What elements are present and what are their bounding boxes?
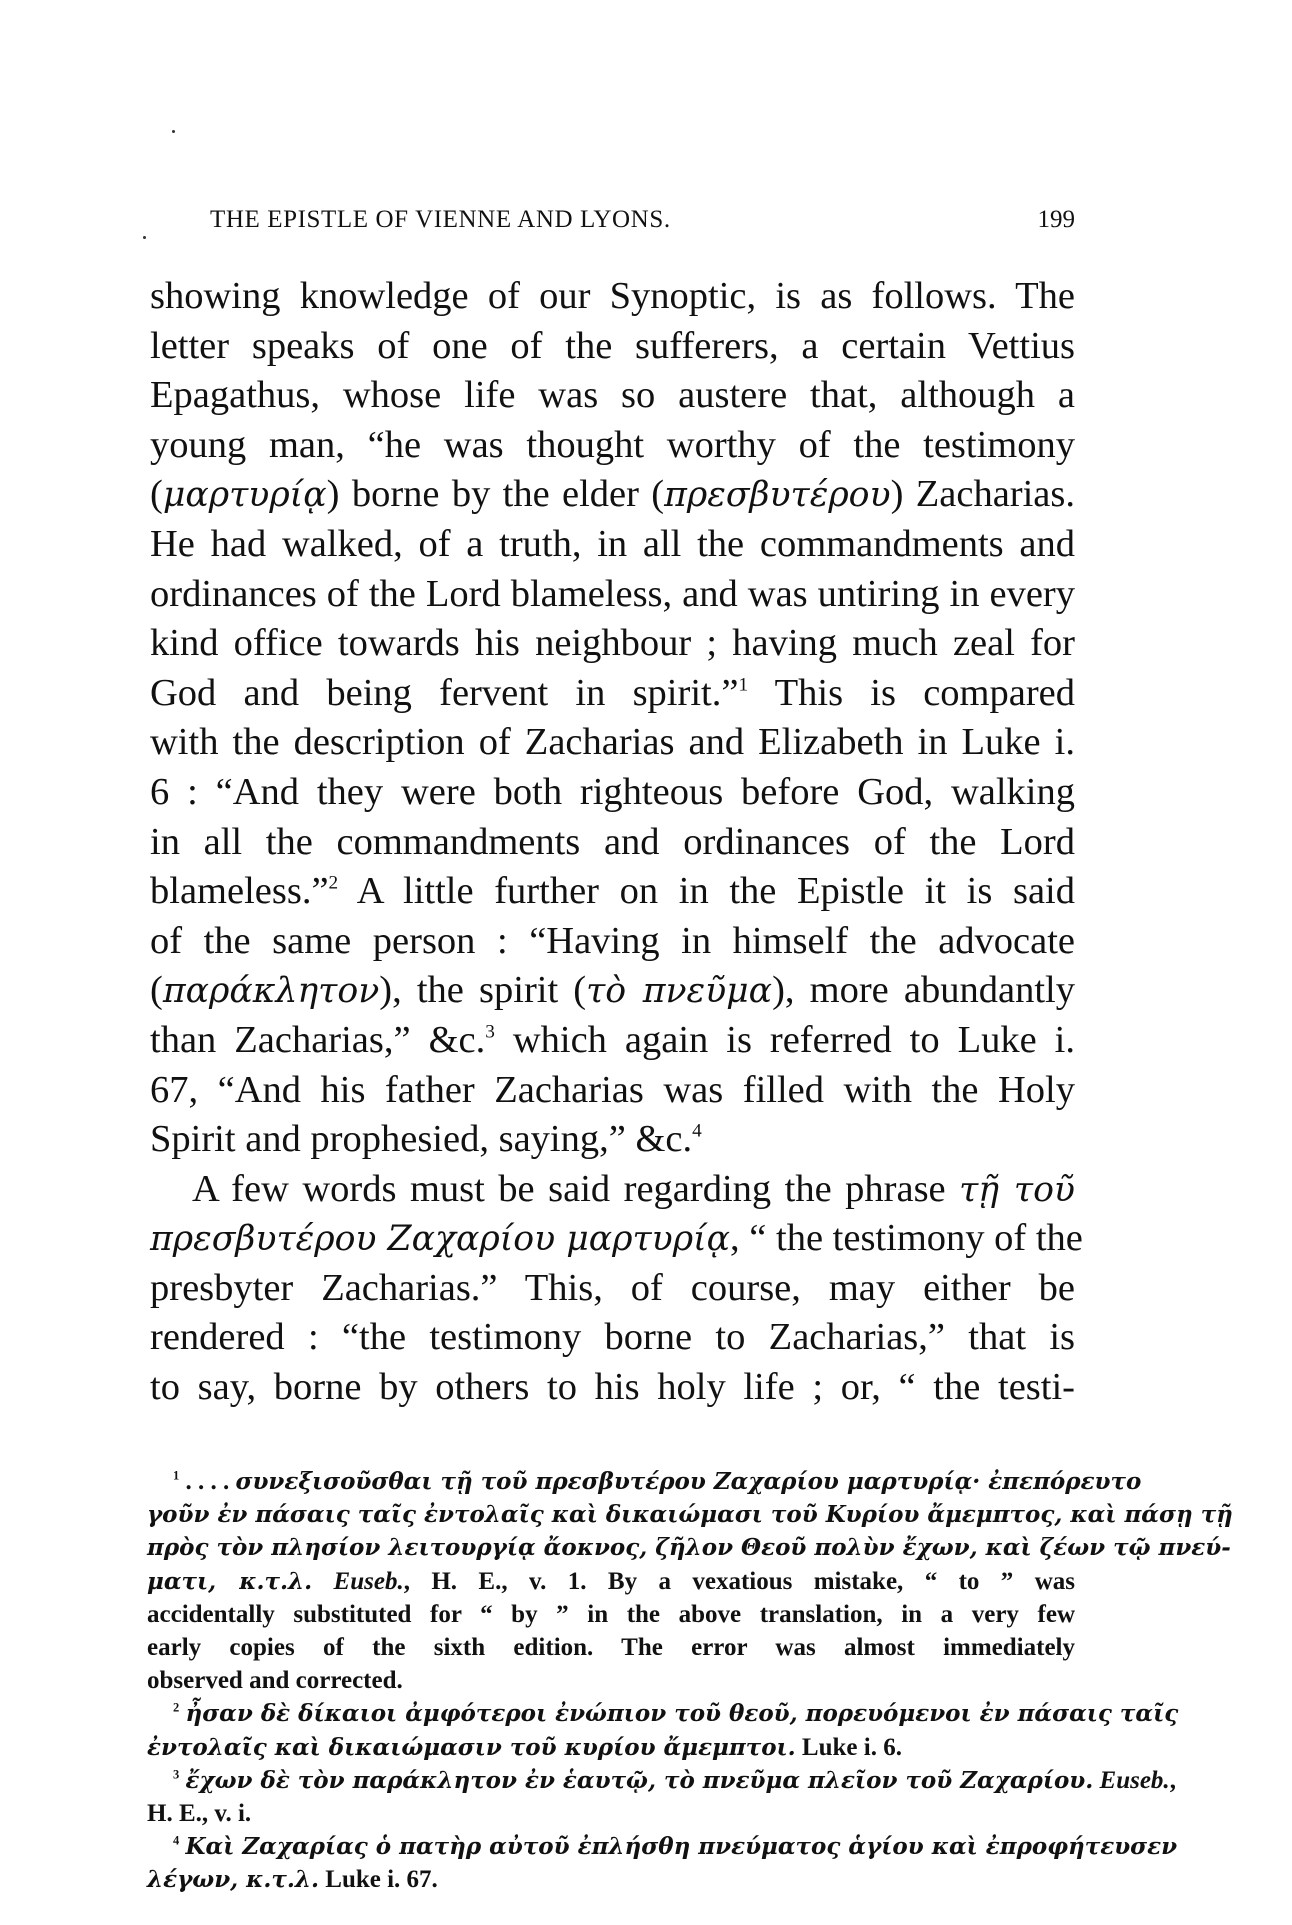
text-run: Epagathus, whose life was so austere tha… (150, 374, 1075, 416)
text-run: ), the spirit ( (379, 969, 586, 1011)
italic-citation: Euseb. (1100, 1767, 1170, 1794)
text-run: ( (150, 473, 163, 515)
text-run: than Zacharias,” &c. (150, 1019, 485, 1061)
text-run: letter speaks of one of the sufferers, a… (150, 325, 1075, 367)
page-number: 199 (1038, 206, 1076, 234)
greek-text: ἐντολαῖς καὶ δικαιώμασιν τοῦ κυρίου ἄμεμ… (147, 1734, 796, 1761)
greek-text: παράκλητον (163, 971, 379, 1011)
greek-text: γοῦν ἐν πάσαις ταῖς ἐντολαῖς καὶ δικαιώμ… (147, 1501, 1233, 1528)
body-line: He had walked, of a truth, in all the co… (150, 520, 1075, 570)
footnotes-line: λέγων, κ.τ.λ. Luke i. 67. (147, 1863, 1075, 1896)
text-run: observed and corrected. (147, 1667, 403, 1694)
body-line: Epagathus, whose life was so austere tha… (150, 371, 1075, 421)
running-title: THE EPISTLE OF VIENNE AND LYONS. (210, 206, 671, 234)
text-run: A little further on in the Epistle it is… (338, 870, 1075, 912)
body-line: Spirit and prophesied, saying,” &c.4 (150, 1115, 1075, 1165)
text-run: rendered : “the testimony borne to Zacha… (150, 1316, 1075, 1358)
body-line: presbyter Zacharias.” This, of course, m… (150, 1264, 1075, 1314)
greek-text: ἦσαν δὲ δίκαιοι ἀμφότεροι ἐνώπιον τοῦ θε… (186, 1700, 1179, 1727)
text-run: God and being fervent in spirit.” (150, 672, 738, 714)
footnotes: 1 . . . . συνεξισοῦσθαι τῇ τοῦ πρεσβυτέρ… (147, 1465, 1075, 1896)
greek-text: πρὸς τὸν πλησίον λειτουργίᾳ ἄοκνος, ζῆλο… (147, 1534, 1231, 1561)
text-run: ordinances of the Lord blameless, and wa… (150, 573, 1075, 615)
text-run: Luke i. 67. (319, 1866, 438, 1893)
text-run (312, 1568, 333, 1595)
footnotes-line: γοῦν ἐν πάσαις ταῖς ἐντολαῖς καὶ δικαιώμ… (147, 1498, 1075, 1531)
text-run: to say, borne by others to his holy life… (150, 1366, 1075, 1408)
greek-text: ἔχων δὲ τὸν παράκλητον ἐν ἑαυτῷ, τὸ πνεῦ… (186, 1767, 1094, 1794)
greek-text: Καὶ Ζαχαρίας ὁ πατὴρ αὐτοῦ ἐπλήσθη πνεύμ… (186, 1833, 1178, 1860)
greek-text: συνεξισοῦσθαι τῇ τοῦ πρεσβυτέρου Ζαχαρίο… (236, 1468, 1142, 1495)
body-line: kind office towards his neighbour ; havi… (150, 619, 1075, 669)
footnotes-line: early copies of the sixth edition. The e… (147, 1631, 1075, 1664)
running-head: THE EPISTLE OF VIENNE AND LYONS. 199 (150, 206, 1075, 236)
footnotes-line: ματι, κ.τ.λ. Euseb., H. E., v. 1. By a v… (147, 1565, 1075, 1598)
footnote-marker: 4 (692, 1121, 702, 1142)
book-page: THE EPISTLE OF VIENNE AND LYONS. 199 sho… (0, 0, 1292, 1925)
text-run: which again is referred to Luke i. (495, 1019, 1075, 1061)
text-run: young man, “he was thought worthy of the… (150, 424, 1075, 466)
greek-text: πρεσβυτέρου Ζαχαρίου μαρτυρίᾳ (150, 1219, 730, 1259)
body-line: young man, “he was thought worthy of the… (150, 421, 1075, 471)
text-run: 6 : “And they were both righteous before… (150, 771, 1075, 813)
greek-text: λέγων, κ.τ.λ. (147, 1866, 319, 1893)
text-run: in all the commandments and ordinances o… (150, 821, 1075, 863)
footnotes-line: observed and corrected. (147, 1664, 1075, 1697)
body-line: 6 : “And they were both righteous before… (150, 768, 1075, 818)
text-run: This is compared (748, 672, 1075, 714)
text-run: 67, “And his father Zacharias was filled… (150, 1069, 1075, 1111)
text-run: presbyter Zacharias.” This, of course, m… (150, 1267, 1075, 1309)
print-speck (143, 236, 146, 239)
body-line: in all the commandments and ordinances o… (150, 818, 1075, 868)
text-run: Luke i. 6. (796, 1734, 902, 1761)
body-line: (παράκλητον), the spirit (τὸ πνεῦμα), mo… (150, 966, 1075, 1016)
text-run: ), more abundantly (772, 969, 1075, 1011)
body-line: πρεσβυτέρου Ζαχαρίου μαρτυρίᾳ, “ the tes… (150, 1214, 1075, 1264)
text-run: , “ the testimony of the (730, 1217, 1083, 1259)
footnotes-line: accidentally substituted for “ by ” in t… (147, 1598, 1075, 1631)
text-run: . . . . (179, 1468, 235, 1495)
footnote-marker: 1 (738, 674, 748, 695)
greek-text: μαρτυρίᾳ (163, 475, 327, 515)
footnote-marker: 3 (485, 1021, 495, 1042)
footnotes-line: 4 Καὶ Ζαχαρίας ὁ πατὴρ αὐτοῦ ἐπλήσθη πνε… (147, 1830, 1075, 1863)
greek-text: ματι, κ.τ.λ. (147, 1568, 312, 1595)
body-line: (μαρτυρίᾳ) borne by the elder (πρεσβυτέρ… (150, 470, 1075, 520)
text-run: H. E., v. i. (147, 1800, 251, 1827)
body-line: God and being fervent in spirit.”1 This … (150, 669, 1075, 719)
footnotes-line: H. E., v. i. (147, 1797, 1075, 1830)
print-speck (172, 130, 175, 133)
text-run: Spirit and prophesied, saying,” &c. (150, 1118, 692, 1160)
footnotes-line: 3 ἔχων δὲ τὸν παράκλητον ἐν ἑαυτῷ, τὸ πν… (147, 1764, 1075, 1797)
body-line: rendered : “the testimony borne to Zacha… (150, 1313, 1075, 1363)
body-line: 67, “And his father Zacharias was filled… (150, 1066, 1075, 1116)
body-line: to say, borne by others to his holy life… (150, 1363, 1075, 1413)
text-run: kind office towards his neighbour ; havi… (150, 622, 1075, 664)
text-run: ( (150, 969, 163, 1011)
body-line: with the description of Zacharias and El… (150, 718, 1075, 768)
italic-citation: Euseb. (334, 1568, 404, 1595)
body-line: showing knowledge of our Synoptic, is as… (150, 272, 1075, 322)
text-run: with the description of Zacharias and El… (150, 721, 1075, 763)
greek-text: τὸ πνεῦμα (586, 971, 772, 1011)
body-line: A few words must be said regarding the p… (150, 1165, 1075, 1215)
text-run: blameless.” (150, 870, 329, 912)
text-run: early copies of the sixth edition. The e… (147, 1634, 1075, 1661)
body-line: of the same person : “Having in himself … (150, 917, 1075, 967)
text-run: ) borne by the elder ( (327, 473, 664, 515)
body-line: letter speaks of one of the sufferers, a… (150, 322, 1075, 372)
text-run: ) Zacharias. (891, 473, 1075, 515)
text-run: of the same person : “Having in himself … (150, 920, 1075, 962)
footnotes-line: ἐντολαῖς καὶ δικαιώμασιν τοῦ κυρίου ἄμεμ… (147, 1731, 1075, 1764)
greek-text: πρεσβυτέρου (664, 475, 890, 515)
text-run: , H. E., v. 1. By a vexatious mistake, “… (404, 1568, 1075, 1595)
footnote-marker: 2 (329, 873, 339, 894)
text-run: showing knowledge of our Synoptic, is as… (150, 275, 1075, 317)
footnotes-line: 2 ἦσαν δὲ δίκαιοι ἀμφότεροι ἐνώπιον τοῦ … (147, 1697, 1075, 1730)
body-line: ordinances of the Lord blameless, and wa… (150, 570, 1075, 620)
text-run: , (1170, 1767, 1176, 1794)
main-text: showing knowledge of our Synoptic, is as… (150, 272, 1075, 1413)
text-run: accidentally substituted for “ by ” in t… (147, 1601, 1075, 1628)
text-run: He had walked, of a truth, in all the co… (150, 523, 1075, 565)
footnotes-line: 1 . . . . συνεξισοῦσθαι τῇ τοῦ πρεσβυτέρ… (147, 1465, 1075, 1498)
text-run: A few words must be said regarding the p… (192, 1168, 959, 1210)
body-line: blameless.”2 A little further on in the … (150, 867, 1075, 917)
greek-text: τῇ τοῦ (959, 1170, 1075, 1210)
footnotes-line: πρὸς τὸν πλησίον λειτουργίᾳ ἄοκνος, ζῆλο… (147, 1531, 1075, 1564)
body-line: than Zacharias,” &c.3 which again is ref… (150, 1016, 1075, 1066)
